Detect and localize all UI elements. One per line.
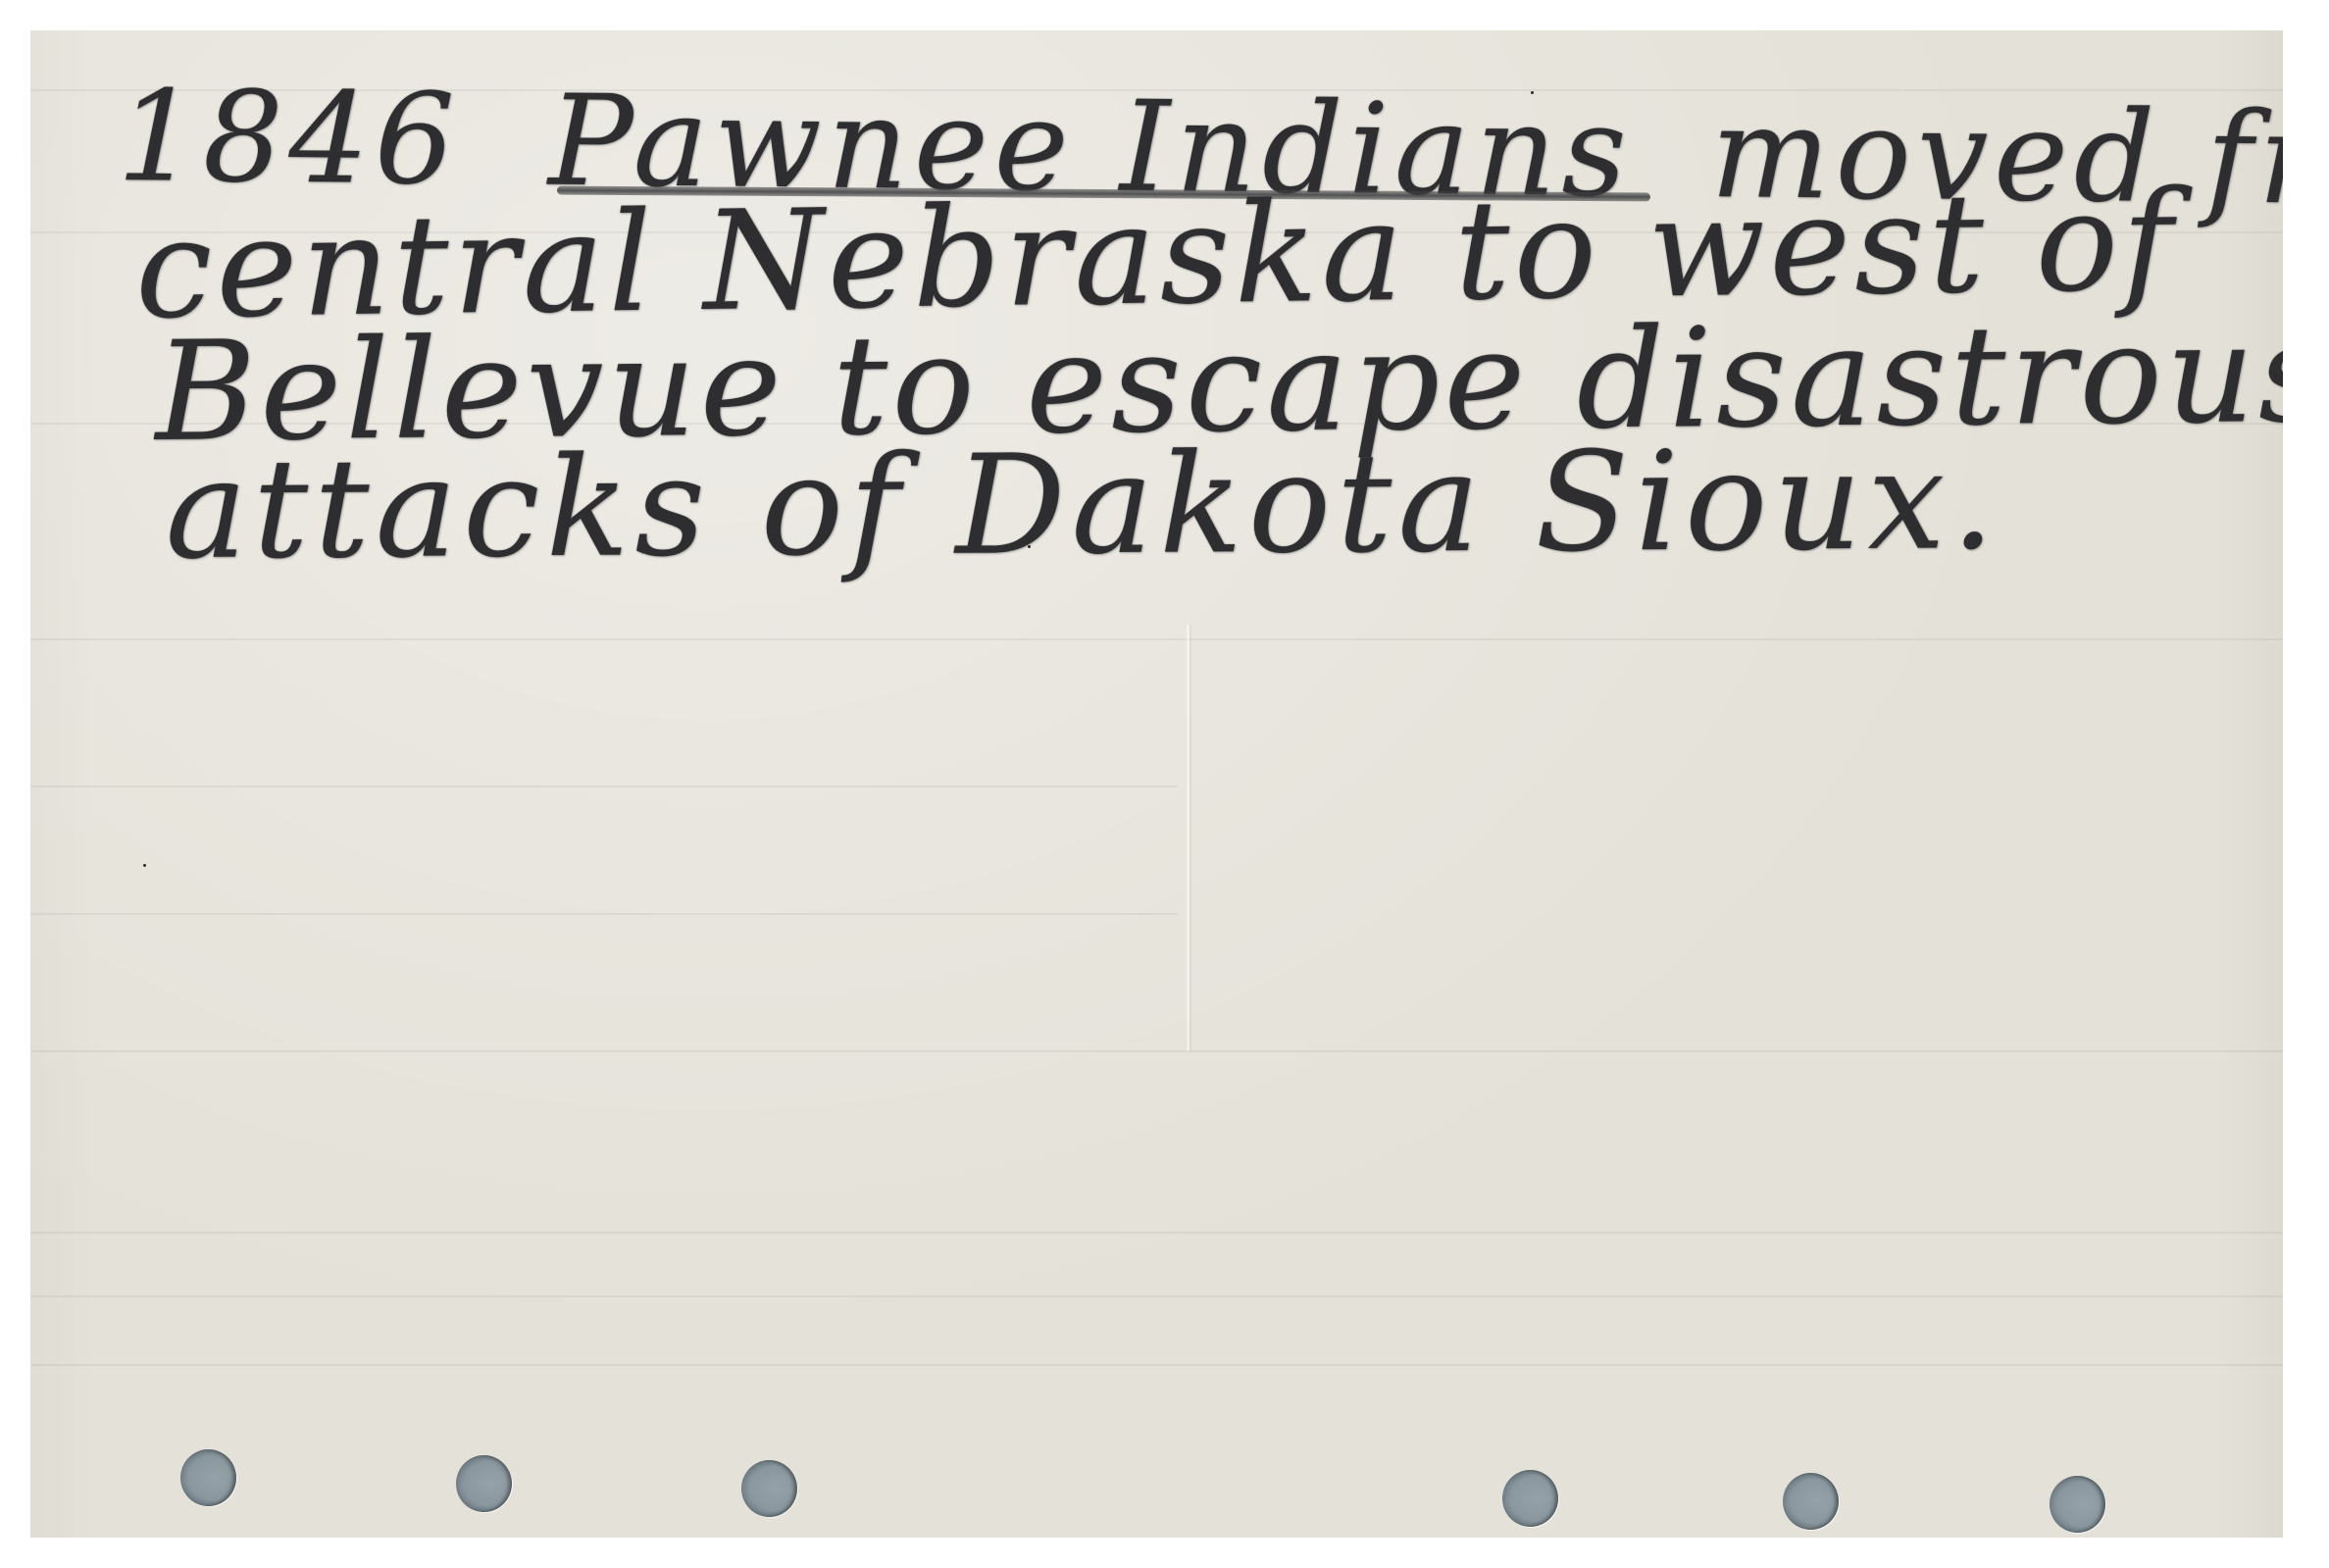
punch-hole: [456, 1455, 512, 1512]
ghost-rule: [30, 913, 1178, 915]
paper-speck: [143, 864, 146, 867]
paper-speck: [1531, 91, 1534, 94]
ghost-rule: [30, 1232, 2283, 1234]
punch-hole: [180, 1449, 236, 1506]
ghost-rule: [30, 1295, 2283, 1297]
ghost-rule: [30, 638, 2283, 640]
punch-hole: [741, 1460, 797, 1517]
line-4-text: attacks of Dakota Sioux.: [165, 432, 2000, 580]
ghost-rule: [30, 785, 1178, 787]
handwriting-line-4: attacks of Dakota Sioux.: [165, 432, 2000, 580]
ghost-rule: [30, 1364, 2283, 1366]
year: 1846: [117, 75, 461, 204]
punch-hole: [2050, 1476, 2105, 1533]
paper-speck: [1028, 545, 1031, 548]
punch-hole: [1783, 1473, 1839, 1530]
punch-hole: [1502, 1470, 1558, 1527]
index-card: 1846Pawnee Indiansmoved from central Neb…: [30, 30, 2283, 1538]
ghost-rule: [30, 1050, 2283, 1052]
embossed-divider: [1187, 625, 1190, 1051]
